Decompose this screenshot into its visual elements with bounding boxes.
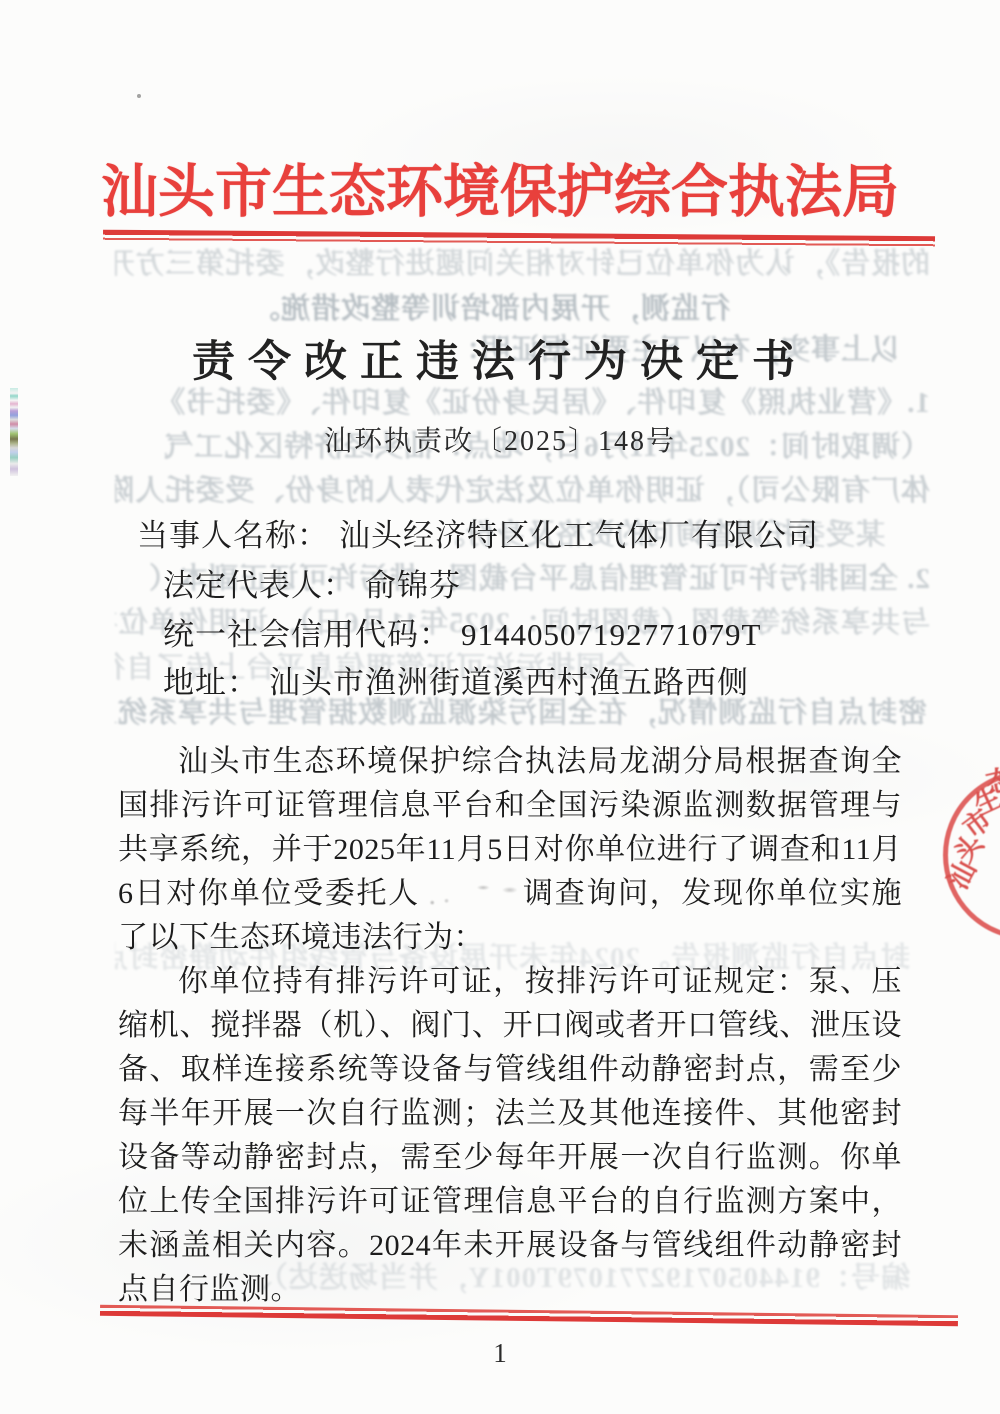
scanned-document-page: 的报告》，认为你单位已针对相关问题进行整改，委托第三方开展自行监测，开展内部培训…	[0, 0, 1000, 1414]
legal-rep-value: 俞锦芬	[365, 568, 461, 603]
address-value: 汕头市渔洲街道溪西村渔五路西侧	[269, 665, 749, 700]
bleedthrough-line: 的报告》，认为你单位已针对相关问题进行整改，委托第三方开展自	[115, 241, 930, 282]
party-name-line: 当事人名称：汕头经济特区化工气体厂有限公司	[137, 510, 819, 555]
credit-code-line: 统一社会信用代码：91440507192771079T	[163, 609, 761, 654]
page-number: 1	[0, 1338, 1000, 1369]
document-number: 汕环执责改〔2025〕148号	[0, 419, 1000, 459]
address-line: 地址：汕头市渔洲街道溪西村渔五路西侧	[163, 657, 749, 702]
party-name-value: 汕头经济特区化工气体厂有限公司	[339, 518, 819, 553]
letterhead-agency-name: 汕头市生态环境保护综合执法局	[95, 146, 905, 228]
body-paragraph-2: 你单位持有排污许可证，按排污许可证规定：泵、压缩机、搅拌器（机）、阀门、开口阀或…	[118, 960, 902, 1312]
legal-rep-line: 法定代表人：俞锦芬	[163, 560, 461, 605]
address-label: 地址：	[163, 665, 259, 700]
bleedthrough-line: 体厂有限公司），证明你单位及法定代表人的身份、受委托人陈	[115, 468, 930, 509]
credit-code-label: 统一社会信用代码：	[163, 617, 451, 652]
legal-rep-label: 法定代表人：	[163, 568, 355, 603]
body-paragraph-1: 汕头市生态环境保护综合执法局龙湖分局根据查询全国排污许可证管理信息平台和全国污染…	[118, 740, 902, 960]
letterhead-red-rule	[103, 230, 935, 248]
credit-code-value: 91440507192771079T	[461, 617, 761, 652]
bleedthrough-line: 行监测，开展内部培训等整改措施。	[250, 286, 730, 327]
document-body: 汕头市生态环境保护综合执法局龙湖分局根据查询全国排污许可证管理信息平台和全国污染…	[118, 740, 902, 1312]
party-name-label: 当事人名称：	[137, 518, 329, 553]
scan-speck	[137, 94, 141, 98]
redacted-name	[420, 878, 522, 908]
document-title: 责令改正违法行为决定书	[0, 328, 1000, 389]
